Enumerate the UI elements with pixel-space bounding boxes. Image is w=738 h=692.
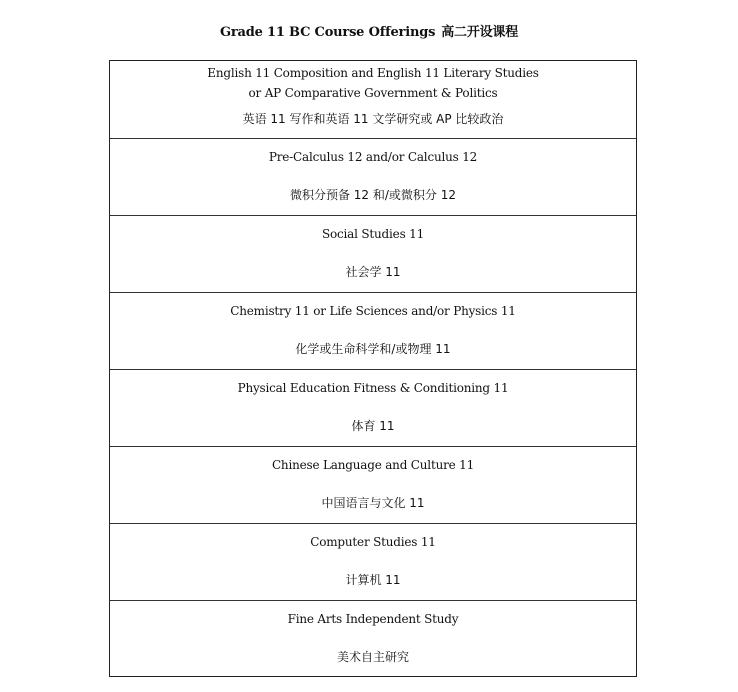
- course-name-en: Fine Arts Independent Study: [110, 609, 636, 629]
- course-name-en: Chemistry 11 or Life Sciences and/or Phy…: [110, 301, 636, 321]
- course-name-en: Chinese Language and Culture 11: [110, 455, 636, 475]
- course-row-fine-arts: Fine Arts Independent Study 美术自主研究: [110, 600, 636, 676]
- course-row-calculus: Pre-Calculus 12 and/or Calculus 12 微积分预备…: [110, 138, 636, 215]
- course-row-physical-education: Physical Education Fitness & Conditionin…: [110, 369, 636, 446]
- course-name-zh: 社会学 11: [110, 262, 636, 282]
- course-name-en: Pre-Calculus 12 and/or Calculus 12: [110, 147, 636, 167]
- course-row-sciences: Chemistry 11 or Life Sciences and/or Phy…: [110, 292, 636, 369]
- course-name-en-line1: English 11 Composition and English 11 Li…: [110, 61, 636, 83]
- course-row-english: English 11 Composition and English 11 Li…: [110, 61, 636, 138]
- course-name-zh: 计算机 11: [110, 570, 636, 590]
- course-table: English 11 Composition and English 11 Li…: [109, 60, 637, 677]
- course-row-computer-studies: Computer Studies 11 计算机 11: [110, 523, 636, 600]
- title-chinese: 高二开设课程: [441, 25, 518, 40]
- course-name-zh: 体育 11: [110, 416, 636, 436]
- page-title: Grade 11 BC Course Offerings高二开设课程: [0, 21, 738, 40]
- course-name-zh: 美术自主研究: [110, 647, 636, 667]
- course-name-en: Computer Studies 11: [110, 532, 636, 552]
- course-name-en-line2: or AP Comparative Government & Politics: [110, 81, 636, 103]
- title-english: Grade 11 BC Course Offerings: [220, 25, 435, 40]
- course-name-zh: 中国语言与文化 11: [110, 493, 636, 513]
- course-name-en: Social Studies 11: [110, 224, 636, 244]
- course-name-zh: 英语 11 写作和英语 11 文学研究或 AP 比较政治: [110, 109, 636, 129]
- course-name-en: Physical Education Fitness & Conditionin…: [110, 378, 636, 398]
- course-name-zh: 微积分预备 12 和/或微积分 12: [110, 185, 636, 205]
- course-name-zh: 化学或生命科学和/或物理 11: [110, 339, 636, 359]
- course-row-chinese: Chinese Language and Culture 11 中国语言与文化 …: [110, 446, 636, 523]
- course-row-social-studies: Social Studies 11 社会学 11: [110, 215, 636, 292]
